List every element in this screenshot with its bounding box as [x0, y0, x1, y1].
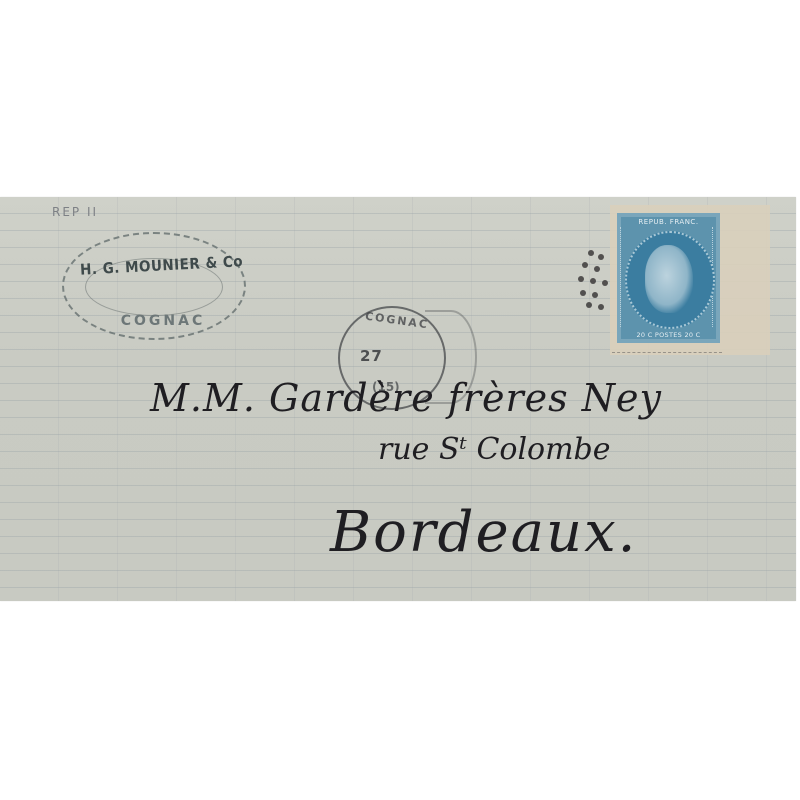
pen-rule-under-stamp — [612, 352, 722, 354]
stamp-country-text: REPUB. FRANC. — [625, 218, 712, 226]
address-city: Bordeaux. — [330, 500, 637, 565]
ceres-head-portrait — [645, 245, 693, 313]
stamp-value-text: 20 C POSTES 20 C — [621, 331, 716, 339]
dotted-obliterator-cancel — [578, 248, 618, 318]
pencil-annotation: REP II — [52, 205, 98, 219]
address-recipient: M.M. Gardère frères Ney — [150, 376, 662, 420]
postage-stamp: REPUB. FRANC. 20 C POSTES 20 C — [617, 213, 720, 343]
firm-cachet-town: COGNAC — [108, 313, 218, 329]
postmark-day: 27 — [360, 347, 383, 365]
stamp-medallion — [625, 231, 715, 329]
address-street: rue Sᵗ Colombe — [378, 432, 611, 467]
